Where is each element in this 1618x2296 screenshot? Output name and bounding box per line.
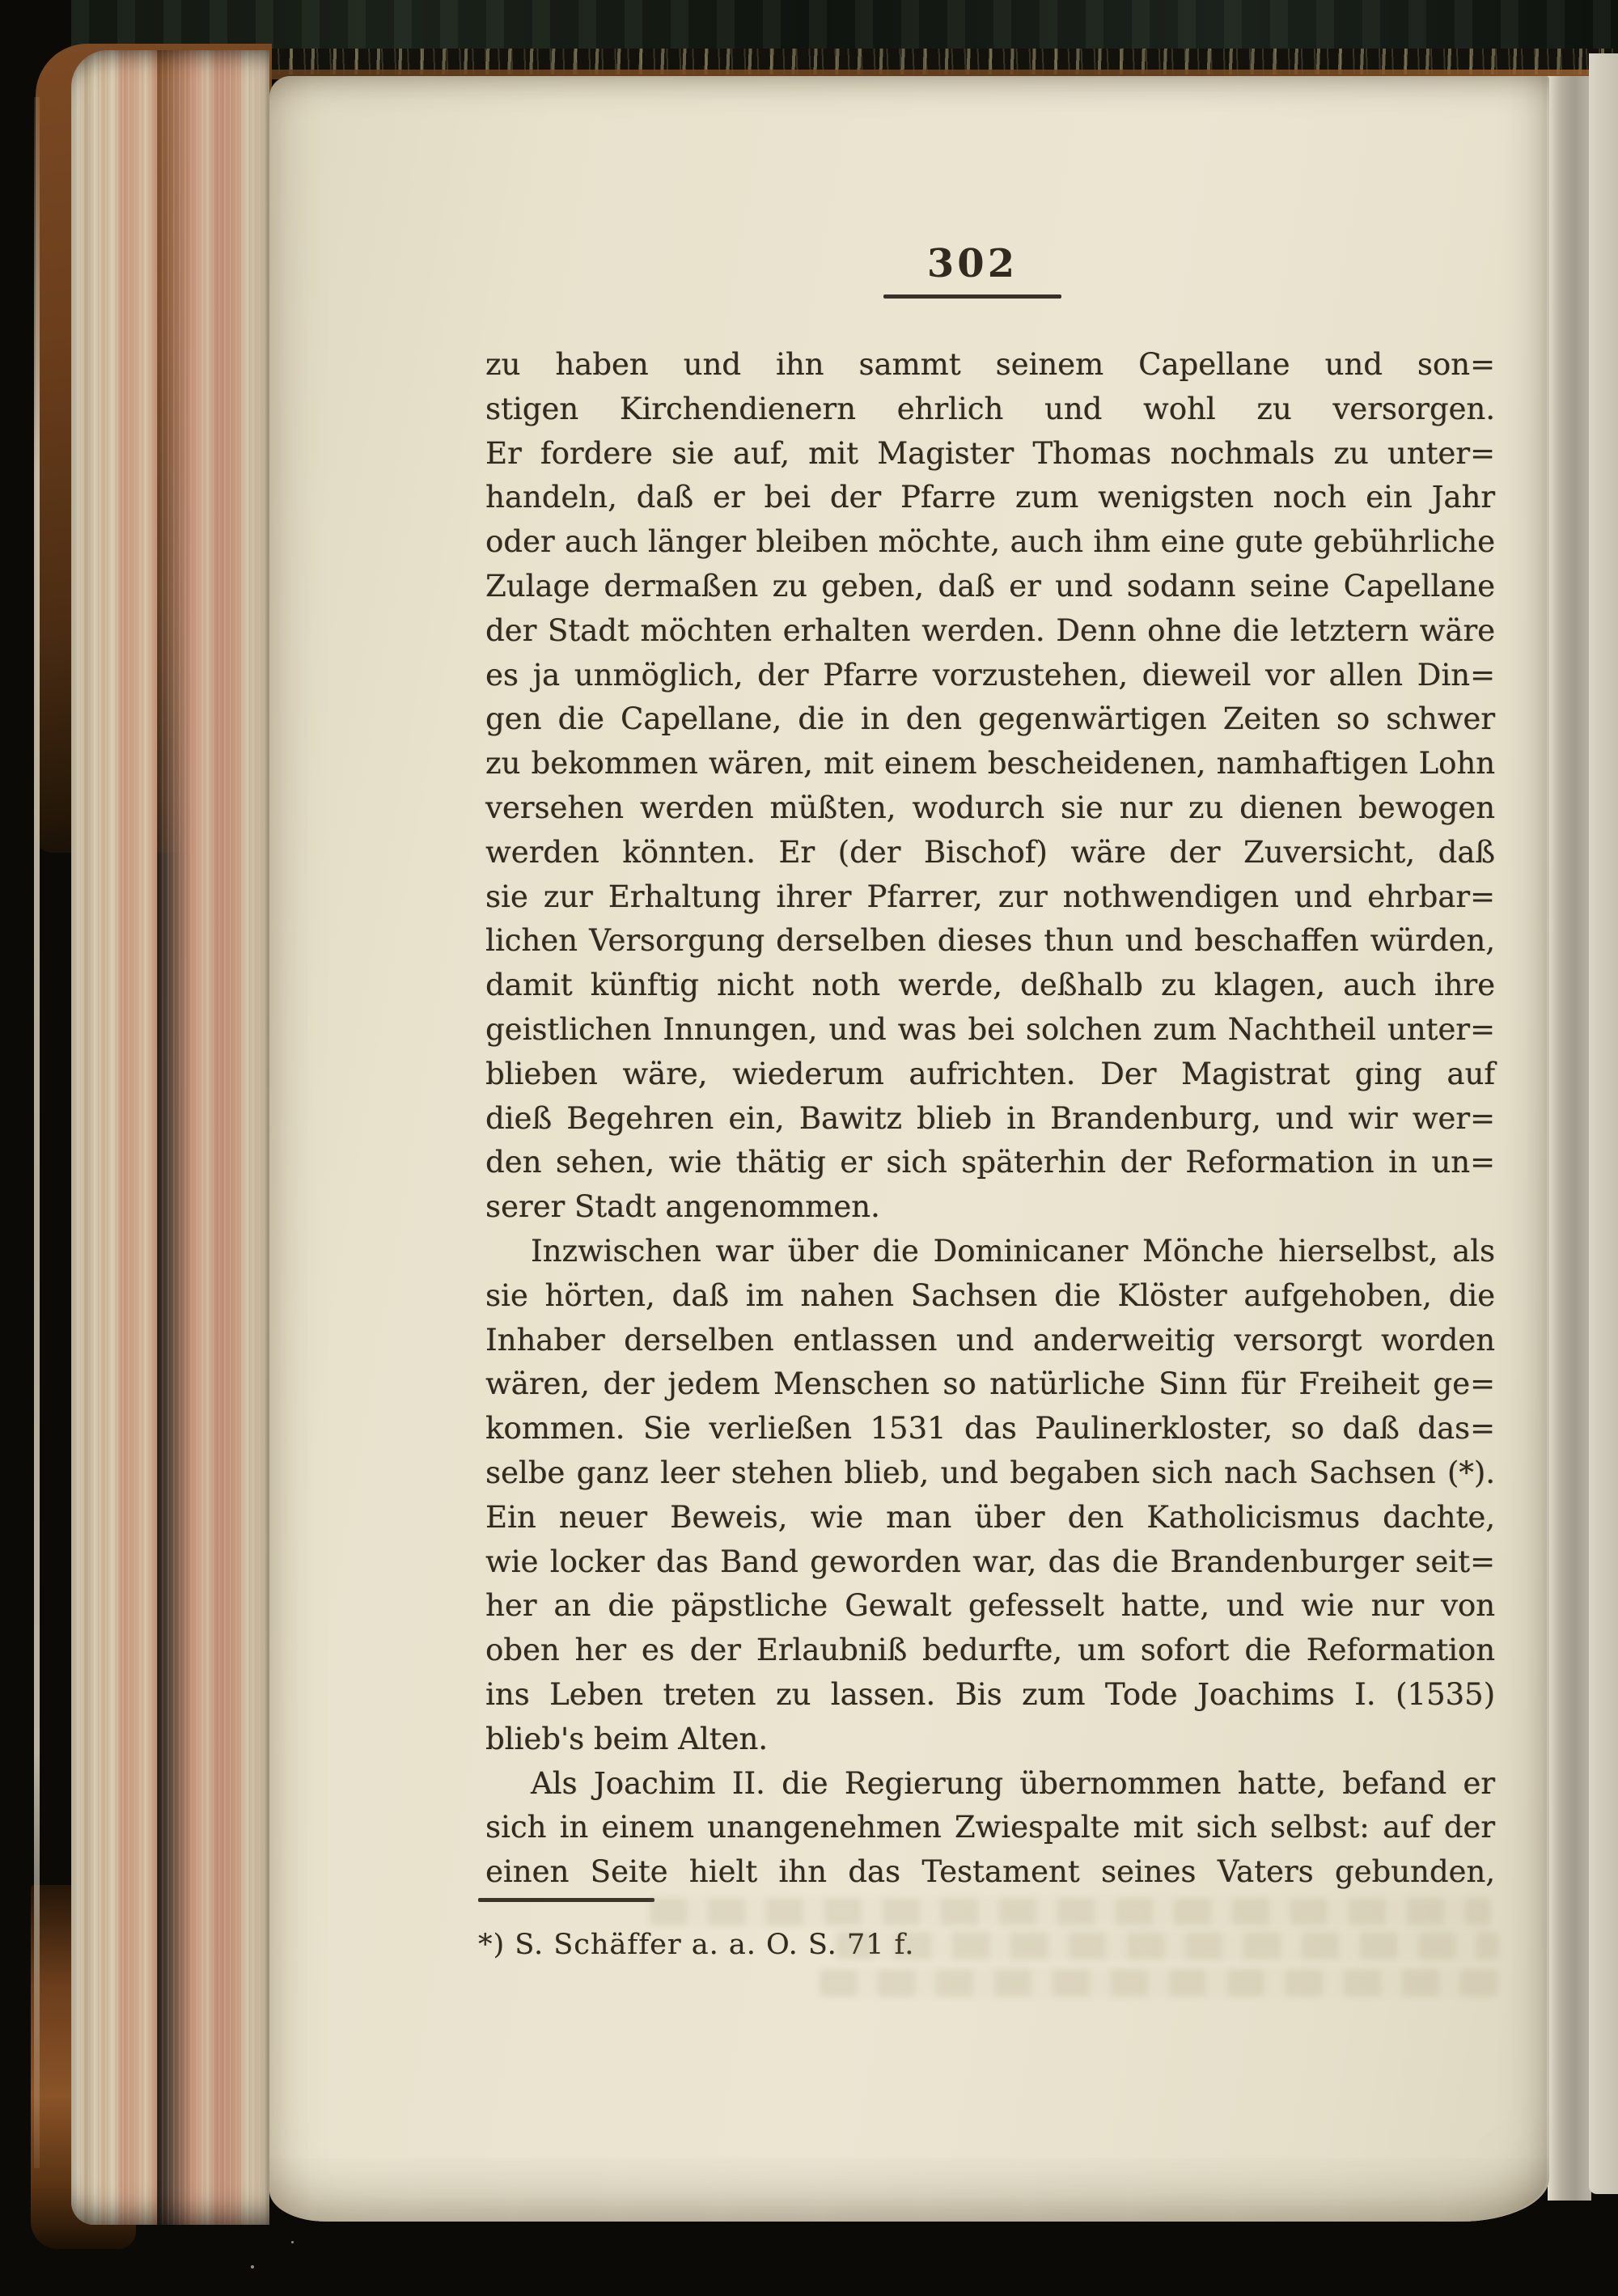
text-line: Er fordere sie auf, mit Magister Thomas …	[485, 432, 1495, 477]
text-line: geistlichen Innungen, und was bei solche…	[485, 1008, 1495, 1053]
text-line: gen die Capellane, die in den gegenwärti…	[485, 697, 1495, 742]
text-line: lichen Versorgung derselben dieses thun …	[485, 919, 1495, 964]
text-line: kommen. Sie verließen 1531 das Paulinerk…	[485, 1407, 1495, 1451]
text-line: selbe ganz leer stehen blieb, und begabe…	[485, 1451, 1495, 1496]
gutter-shadow	[1548, 76, 1591, 2201]
text-line: werden könnten. Er (der Bischof) wäre de…	[485, 831, 1495, 875]
text-line: serer Stadt angenommen.	[485, 1185, 1495, 1230]
facing-page-sliver	[1589, 53, 1618, 2194]
text-line: es ja unmöglich, der Pfarre vorzustehen,…	[485, 654, 1495, 698]
bleedthrough-line	[820, 1969, 1499, 1997]
book-photo-scene: 302 zu haben und ihn sammt seinem Capell…	[0, 0, 1618, 2296]
text-line: den sehen, wie thätig er sich späterhin …	[485, 1141, 1495, 1185]
bleedthrough-line	[650, 1898, 1491, 1925]
text-line: Zulage dermaßen zu geben, daß er und sod…	[485, 565, 1495, 609]
text-line: damit künftig nicht noth werde, deßhalb …	[485, 964, 1495, 1008]
text-line: versehen werden müßten, wodurch sie nur …	[485, 786, 1495, 831]
text-line: einen Seite hielt ihn das Testament sein…	[485, 1850, 1495, 1895]
page-number-rule	[883, 294, 1061, 299]
text-line: oben her es der Erlaubniß bedurfte, um s…	[485, 1629, 1495, 1673]
page-header: 302	[883, 244, 1061, 299]
text-line: Als Joachim II. die Regierung übernommen…	[485, 1762, 1495, 1807]
text-line: wie locker das Band geworden war, das di…	[485, 1540, 1495, 1585]
book-cover-top-edge	[71, 0, 1618, 53]
text-line: zu haben und ihn sammt seinem Capellane …	[485, 343, 1495, 388]
text-line: oder auch länger bleiben möchte, auch ih…	[485, 520, 1495, 565]
page-stack-fore-edge	[71, 50, 269, 2225]
text-line: sie hörten, daß im nahen Sachsen die Klö…	[485, 1274, 1495, 1319]
text-line: blieben wäre, wiederum aufrichten. Der M…	[485, 1053, 1495, 1097]
endpaper-edge-line	[34, 97, 40, 2168]
text-line: Ein neuer Beweis, wie man über den Katho…	[485, 1496, 1495, 1540]
text-line: her an die päpstliche Gewalt gefesselt h…	[485, 1584, 1495, 1629]
text-line: zu bekommen wären, mit einem bescheidene…	[485, 742, 1495, 786]
text-line: stigen Kirchendienern ehrlich und wohl z…	[485, 388, 1495, 432]
text-line: Inhaber derselben entlassen und anderwei…	[485, 1319, 1495, 1363]
text-line: der Stadt möchten erhalten werden. Denn …	[485, 609, 1495, 654]
text-line: wären, der jedem Menschen so natürliche …	[485, 1362, 1495, 1407]
text-line: sich in einem unangenehmen Zwiespalte mi…	[485, 1806, 1495, 1850]
text-line: sie zur Erhaltung ihrer Pfarrer, zur not…	[485, 875, 1495, 920]
book-page: 302 zu haben und ihn sammt seinem Capell…	[269, 76, 1549, 2222]
text-line: handeln, daß er bei der Pfarre zum wenig…	[485, 476, 1495, 520]
text-line: ins Leben treten zu lassen. Bis zum Tode…	[485, 1673, 1495, 1718]
text-line: Inzwischen war über die Dominicaner Mönc…	[485, 1230, 1495, 1274]
page-number: 302	[883, 244, 1061, 283]
dust-speck	[251, 2265, 254, 2268]
dust-speck	[291, 2241, 294, 2243]
footnote-rule	[478, 1898, 654, 1902]
text-line: dieß Begehren ein, Bawitz blieb in Brand…	[485, 1097, 1495, 1142]
text-block: zu haben und ihn sammt seinem Capellane …	[485, 343, 1495, 1895]
bleedthrough-line	[836, 1932, 1499, 1959]
text-line: blieb's beim Alten.	[485, 1718, 1495, 1762]
